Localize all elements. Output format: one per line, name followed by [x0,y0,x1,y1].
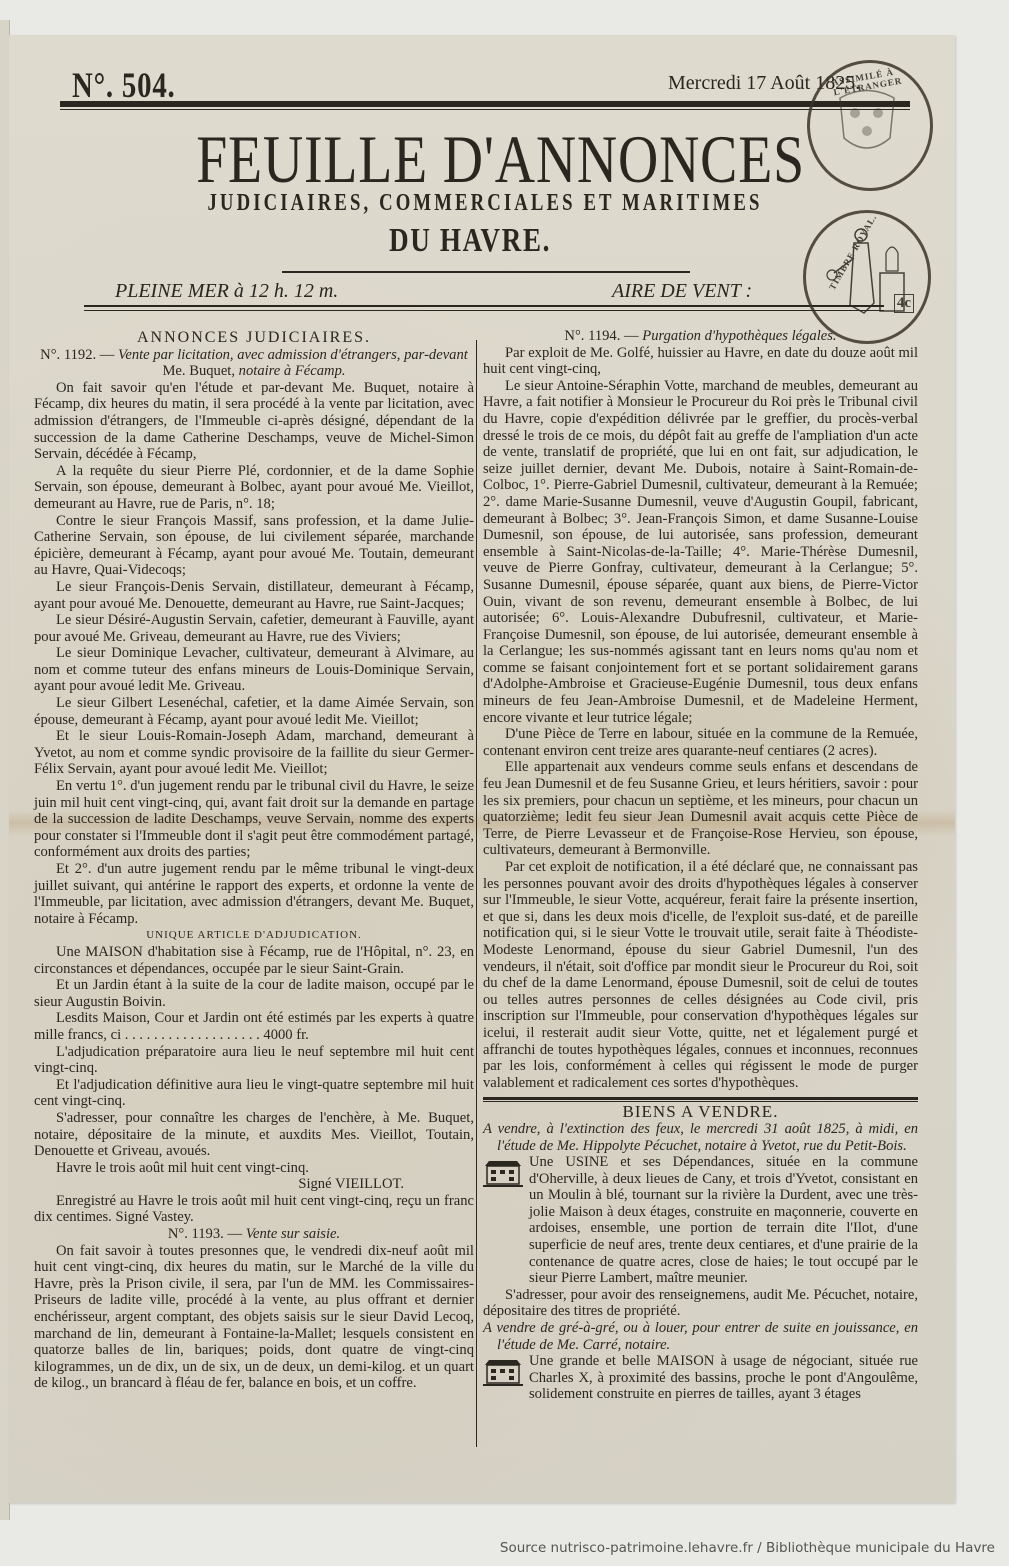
paragraph: Une grande et belle MAISON à usage de né… [529,1353,918,1403]
announcement-title: Purgation d'hypothèques légales. [642,328,836,344]
paragraph: Le sieur François-Denis Servain, distill… [34,579,474,612]
section-rule [483,1097,918,1100]
paragraph: Le sieur Désiré-Augustin Servain, cafeti… [34,612,474,645]
announcement-heading-1193: N°. 1193. — Vente sur saisie. [34,1226,474,1243]
masthead-rule-thin [60,109,910,110]
newspaper-title: FEUILLE D'ANNONCES [196,120,754,199]
paragraph: D'une Pièce de Terre en labour, située e… [483,726,918,759]
announcement-number: N°. 1194. — [564,328,638,344]
newspaper-city: DU HAVRE. [334,222,606,260]
source-credit: Source nutrisco-patrimoine.lehavre.fr / … [500,1540,995,1556]
right-column: N°. 1194. — Purgation d'hypothèques léga… [483,328,918,1403]
paragraph: S'adresser, pour connaître les charges d… [34,1110,474,1160]
announcement-number: N°. 1192. — [40,347,114,363]
tax-stamp-icon: TIMBRE ROYAL. 4c [803,210,931,344]
paragraph: Une USINE et ses Dépendances, située en … [529,1154,918,1287]
paragraph: On fait savoir qu'en l'étude et par-deva… [34,380,474,463]
paragraph: L'adjudication préparatoire aura lieu le… [34,1044,474,1077]
issue-number: N°. 504. [72,64,176,106]
notary-name: Me. Buquet, [162,363,235,379]
sale-listing: Une grande et belle MAISON à usage de né… [483,1353,918,1403]
header-rule-thin [84,310,884,311]
house-icon [483,1156,523,1190]
announcement-title: Vente par licitation, avec admission d'é… [118,347,468,363]
paragraph: Et l'adjudication définitive aura lieu l… [34,1077,474,1110]
paragraph: A la requête du sieur Pierre Plé, cordon… [34,463,474,513]
announcement-heading-1192: N°. 1192. — Vente par licitation, avec a… [34,347,474,380]
column-divider [476,340,477,1447]
wind-info: AIRE DE VENT : [612,280,752,303]
paragraph: Le sieur Antoine-Séraphin Votte, marchan… [483,378,918,726]
high-tide-info: PLEINE MER à 12 h. 12 m. [115,280,338,303]
signature: Signé VIEILLOT. [34,1176,474,1193]
paragraph: Havre le trois août mil huit cent vingt-… [34,1160,474,1177]
header-rule [84,305,884,307]
paragraph: Et un Jardin étant à la suite de la cour… [34,977,474,1010]
registration-note: Enregistré au Havre le trois août mil hu… [34,1193,474,1226]
sale-intro: A vendre de gré-à-gré, ou à louer, pour … [483,1320,918,1353]
section-title-biens: BIENS A VENDRE. [483,1104,918,1121]
announcement-heading-1194: N°. 1194. — Purgation d'hypothèques léga… [483,328,918,345]
sale-listing: Une USINE et ses Dépendances, située en … [483,1154,918,1287]
paragraph: Le sieur Gilbert Lesenéchal, cafetier, e… [34,695,474,728]
paragraph: Par cet exploit de notification, il a ét… [483,859,918,1091]
paragraph: En vertu 1°. d'un jugement rendu par le … [34,778,474,861]
section-title-judiciaires: ANNONCES JUDICIAIRES. [34,330,474,347]
stamp-value: 4c [894,294,914,313]
masthead-rule [60,101,910,107]
paragraph: Contre le sieur François Massif, sans pr… [34,513,474,579]
paragraph: S'adresser, pour avoir des renseignemens… [483,1287,918,1320]
left-column: ANNONCES JUDICIAIRES. N°. 1192. — Vente … [34,330,474,1392]
announcement-title: Vente sur saisie. [246,1226,340,1242]
paragraph: Une MAISON d'habitation sise à Fécamp, r… [34,944,474,977]
paragraph: Elle appartenait aux vendeurs comme seul… [483,759,918,859]
title-underline [282,271,690,273]
article-heading: UNIQUE ARTICLE D'ADJUDICATION. [34,927,474,944]
paragraph: Et le sieur Louis-Romain-Joseph Adam, ma… [34,728,474,778]
paragraph: Le sieur Dominique Levacher, cultivateur… [34,645,474,695]
house-icon [483,1355,523,1389]
paragraph: On fait savoir à toutes presonnes que, l… [34,1243,474,1392]
postal-stamp-icon: ASSIMILÉ À L'ÉTRANGER [807,60,933,191]
paragraph: Lesdits Maison, Cour et Jardin ont été e… [34,1010,474,1043]
paragraph: Par exploit de Me. Golfé, huissier au Ha… [483,345,918,378]
announcement-number: N°. 1193. — [168,1226,242,1242]
notary-location: notaire à Fécamp. [239,363,346,379]
newspaper-subtitle: JUDICIAIRES, COMMERCIALES ET MARITIMES [173,190,797,217]
sale-intro: A vendre, à l'extinction des feux, le me… [483,1121,918,1154]
paragraph: Et 2°. d'un autre jugement rendu par le … [34,861,474,927]
